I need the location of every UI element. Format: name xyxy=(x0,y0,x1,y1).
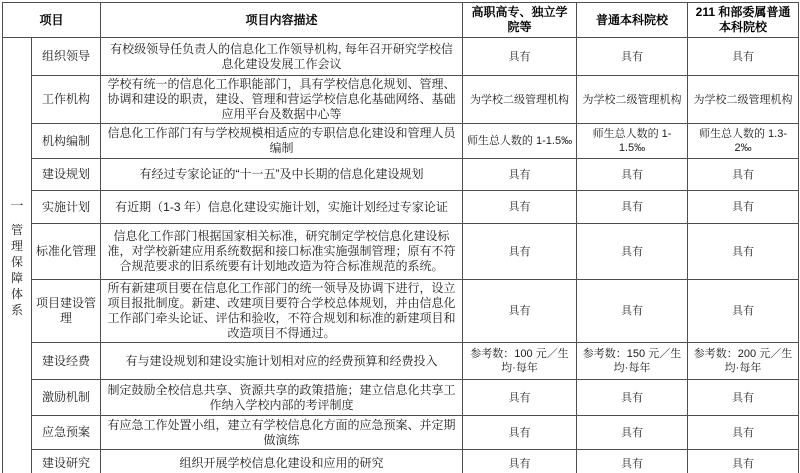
value-vocational: 参考数：100 元／生均·每年 xyxy=(463,343,577,380)
row-description: 信息化工作部门有与学校规模相适应的专职信息化建设和管理人员编制 xyxy=(101,124,463,159)
row-description: 有与建设规划和建设实施计划相对应的经费预算和经费投入 xyxy=(101,343,463,380)
table-row: 激励机制 制定鼓励全校信息共享、资源共享的政策措施；建立信息化共享工作纳入学校内… xyxy=(3,380,799,416)
category-numeral: 一 xyxy=(10,198,23,214)
table-row: 标准化管理 信息化工作部门根据国家相关标准，研究制定学校信息化建设标准，对学校新… xyxy=(3,224,799,280)
row-description: 有应急工作处置小组，建立有学校信息化方面的应急预案、并定期做演练 xyxy=(101,416,463,450)
row-description: 所有新建项目要在信息化工作部门的统一领导及协调下进行，设立项目报批制度。新建、改… xyxy=(101,280,463,343)
value-211: 具有 xyxy=(688,191,799,224)
category-label: 管理保障体系 xyxy=(10,222,24,318)
table-row: 项目建设管理 所有新建项目要在信息化工作部门的统一领导及协调下进行，设立项目报批… xyxy=(3,280,799,343)
value-vocational: 具有 xyxy=(463,416,577,450)
row-item-label: 实施计划 xyxy=(32,191,101,224)
value-211: 具有 xyxy=(688,450,799,473)
row-item-label: 项目建设管理 xyxy=(32,280,101,343)
value-regular: 参考数：150 元／生均·每年 xyxy=(577,343,688,380)
value-vocational: 具有 xyxy=(463,450,577,473)
row-item-label: 组织领导 xyxy=(32,38,101,76)
value-vocational: 具有 xyxy=(463,38,577,76)
value-211: 具有 xyxy=(688,416,799,450)
row-item-label: 应急预案 xyxy=(32,416,101,450)
value-211: 具有 xyxy=(688,159,799,191)
value-211: 具有 xyxy=(688,224,799,280)
row-description: 有近期（1-3 年）信息化建设实施计划，实施计划经过专家论证 xyxy=(101,191,463,224)
table-row: 一 管理保障体系 组织领导 有校级领导任负责人的信息化工作领导机构, 每年召开研… xyxy=(3,38,799,76)
table-row: 实施计划 有近期（1-3 年）信息化建设实施计划，实施计划经过专家论证 具有 具… xyxy=(3,191,799,224)
row-item-label: 激励机制 xyxy=(32,380,101,416)
row-description: 有经过专家论证的“十一五”及中长期的信息化建设规划 xyxy=(101,159,463,191)
row-item-label: 建设经费 xyxy=(32,343,101,380)
value-regular: 具有 xyxy=(577,380,688,416)
table-row: 建设研究 组织开展学校信息化建设和应用的研究 具有 具有 具有 xyxy=(3,450,799,473)
row-item-label: 标准化管理 xyxy=(32,224,101,280)
value-regular: 具有 xyxy=(577,191,688,224)
table-row: 应急预案 有应急工作处置小组，建立有学校信息化方面的应急预案、并定期做演练 具有… xyxy=(3,416,799,450)
value-vocational: 为学校二级管理机构 xyxy=(463,76,577,124)
header-vocational: 高职高专、独立学院等 xyxy=(463,3,577,38)
header-description: 项目内容描述 xyxy=(101,3,463,38)
row-item-label: 机构编制 xyxy=(32,124,101,159)
value-regular: 师生总人数的 1-1.5‰ xyxy=(577,124,688,159)
value-regular: 为学校二级管理机构 xyxy=(577,76,688,124)
table-row: 工作机构 学校有统一的信息化工作职能部门，具有学校信息化规划、管理、协调和建设的… xyxy=(3,76,799,124)
assessment-table: 项目 项目内容描述 高职高专、独立学院等 普通本科院校 211 和部委属普通本科… xyxy=(2,2,799,473)
table-row: 建设规划 有经过专家论证的“十一五”及中长期的信息化建设规划 具有 具有 具有 xyxy=(3,159,799,191)
value-regular: 具有 xyxy=(577,280,688,343)
value-regular: 具有 xyxy=(577,159,688,191)
row-description: 制定鼓励全校信息共享、资源共享的政策措施；建立信息化共享工作纳入学校内部的考评制… xyxy=(101,380,463,416)
header-item: 项目 xyxy=(3,3,101,38)
value-vocational: 具有 xyxy=(463,224,577,280)
header-regular: 普通本科院校 xyxy=(577,3,688,38)
value-regular: 具有 xyxy=(577,38,688,76)
header-211: 211 和部委属普通本科院校 xyxy=(688,3,799,38)
row-description: 有校级领导任负责人的信息化工作领导机构, 每年召开研究学校信息化建设发展工作会议 xyxy=(101,38,463,76)
category-cell: 一 管理保障体系 xyxy=(3,38,32,473)
value-vocational: 具有 xyxy=(463,159,577,191)
value-vocational: 具有 xyxy=(463,280,577,343)
value-vocational: 师生总人数的 1-1.5‰ xyxy=(463,124,577,159)
row-item-label: 工作机构 xyxy=(32,76,101,124)
value-vocational: 具有 xyxy=(463,380,577,416)
value-211: 具有 xyxy=(688,380,799,416)
table-row: 建设经费 有与建设规划和建设实施计划相对应的经费预算和经费投入 参考数：100 … xyxy=(3,343,799,380)
row-description: 信息化工作部门根据国家相关标准，研究制定学校信息化建设标准，对学校新建应用系统数… xyxy=(101,224,463,280)
row-description: 组织开展学校信息化建设和应用的研究 xyxy=(101,450,463,473)
value-211: 具有 xyxy=(688,38,799,76)
value-regular: 具有 xyxy=(577,224,688,280)
value-regular: 具有 xyxy=(577,450,688,473)
row-description: 学校有统一的信息化工作职能部门，具有学校信息化规划、管理、协调和建设的职责，建设… xyxy=(101,76,463,124)
value-regular: 具有 xyxy=(577,416,688,450)
value-211: 师生总人数的 1.3-2‰ xyxy=(688,124,799,159)
category-vertical-text: 一 管理保障体系 xyxy=(3,198,31,318)
value-vocational: 具有 xyxy=(463,191,577,224)
table-row: 机构编制 信息化工作部门有与学校规模相适应的专职信息化建设和管理人员编制 师生总… xyxy=(3,124,799,159)
assessment-table-container: 项目 项目内容描述 高职高专、独立学院等 普通本科院校 211 和部委属普通本科… xyxy=(2,2,799,473)
value-211: 具有 xyxy=(688,280,799,343)
value-211: 为学校二级管理机构 xyxy=(688,76,799,124)
header-row: 项目 项目内容描述 高职高专、独立学院等 普通本科院校 211 和部委属普通本科… xyxy=(3,3,799,38)
row-item-label: 建设规划 xyxy=(32,159,101,191)
value-211: 参考数：200 元／生均·每年 xyxy=(688,343,799,380)
row-item-label: 建设研究 xyxy=(32,450,101,473)
